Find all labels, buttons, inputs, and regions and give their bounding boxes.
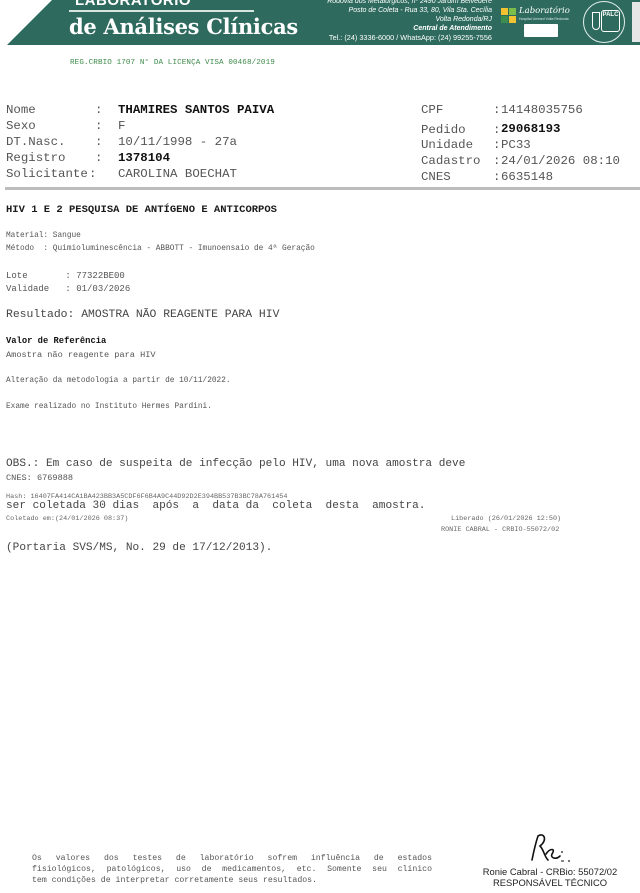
palc-seal-logo: PALC: [583, 1, 625, 43]
exam-material: Material: Sangue: [6, 232, 81, 240]
partner-logo-text: Laboratório: [519, 6, 570, 16]
section-divider: [5, 187, 640, 190]
registration-license: REG.CRBIO 1707 N° DA LICENÇA VISA 00468/…: [70, 59, 275, 67]
field-separator: :: [493, 169, 500, 185]
patient-birthdate: 10/11/1998 - 27a: [118, 134, 237, 150]
lab-disclaimer: Os valores dos testes de laboratório sof…: [32, 853, 432, 886]
field-separator: :: [95, 102, 102, 118]
patient-name: THAMIRES SANTOS PAIVA: [118, 102, 274, 118]
reference-value: Amostra não reagente para HIV: [6, 350, 156, 360]
patient-field-label: Nome: [6, 102, 36, 118]
banner-diagonal-cut: [7, 0, 52, 45]
exam-result: Resultado: AMOSTRA NÃO REAGENTE PARA HIV: [6, 309, 279, 321]
reagent-lot: Lote : 77322BE00: [6, 271, 125, 281]
field-separator: :: [95, 150, 102, 166]
reagent-validity: Validade : 01/03/2026: [6, 284, 130, 294]
exam-method: Método : Quimioluminescência - ABBOTT - …: [6, 245, 315, 253]
disclaimer-line: fisiológicos, patológicos, uso de medica…: [32, 864, 432, 875]
field-separator: :: [493, 153, 500, 169]
flask-icon: [592, 12, 600, 30]
order-field-label: Cadastro: [421, 153, 481, 169]
method-change-note: Alteração da metodologia a partir de 10/…: [6, 377, 231, 385]
field-separator: :: [493, 102, 500, 118]
signature-role: RESPONSÁVEL TÉCNICO: [470, 877, 630, 888]
field-separator: :: [89, 166, 96, 182]
patient-field-label: DT.Nasc.: [6, 134, 66, 150]
signature-name: Ronie Cabral - CRBio: 55072/02: [470, 866, 630, 877]
observation-line: OBS.: Em caso de suspeita de infecção pe…: [6, 457, 465, 471]
patient-field-label: Sexo: [6, 118, 36, 134]
disclaimer-line: tem condições de interpretar corretament…: [32, 875, 432, 886]
partner-lab-logo: Laboratório Hospital Unimed Volta Redond…: [501, 4, 573, 38]
collected-datetime: Coletado em:(24/01/2026 08:37): [6, 515, 128, 523]
patient-cpf: 14148035756: [501, 102, 583, 118]
requesting-physician: CAROLINA BOECHAT: [118, 166, 237, 182]
report-hash: Hash: 16407FA414CA1BA423BB3A5CDF6F6B4A9C…: [6, 493, 287, 501]
performed-at-note: Exame realizado no Instituto Hermes Pard…: [6, 403, 212, 411]
order-field-label: Unidade: [421, 137, 473, 153]
patient-sex: F: [118, 118, 125, 134]
field-separator: :: [493, 137, 500, 153]
lab-name-top: LABORATÓRIO: [75, 0, 191, 9]
lab-cnes: CNES: 6769888: [6, 473, 73, 483]
order-number: 29068193: [501, 121, 561, 137]
palc-label: PALC: [601, 10, 620, 32]
exam-title: HIV 1 E 2 PESQUISA DE ANTÍGENO E ANTICOR…: [6, 204, 277, 216]
order-field-label: CPF: [421, 102, 443, 118]
accreditation-strip-icon: [632, 2, 640, 42]
patient-field-label: Registro: [6, 150, 66, 166]
contact-phone: Tel.: (24) 3336-6000 / WhatsApp: (24) 99…: [327, 33, 492, 42]
collection-unit: PC33: [501, 137, 531, 153]
partner-logo-icon: [501, 8, 516, 23]
order-field-label: CNES: [421, 169, 451, 185]
field-separator: :: [493, 122, 500, 138]
lab-name-divider: [69, 10, 254, 12]
certification-badge-icon: [524, 24, 558, 37]
lab-name-title: de Análises Clínicas: [69, 14, 298, 39]
partner-logo-subtitle: Hospital Unimed Volta Redonda: [519, 17, 569, 21]
address-line: Central de Atendimento: [327, 24, 492, 33]
released-by: RONIE CABRAL - CRBIO-55072/02: [441, 526, 559, 534]
observation-line: ser coletada 30 dias após a data da cole…: [6, 499, 465, 513]
reference-value-title: Valor de Referência: [6, 336, 106, 346]
unit-cnes: 6635148: [501, 169, 553, 185]
address-line: Posto de Coleta - Rua 33, 80, Vila Sta. …: [327, 6, 492, 15]
patient-field-label: Solicitante: [6, 166, 88, 182]
disclaimer-line: Os valores dos testes de laboratório sof…: [32, 853, 432, 864]
lab-header-banner: LABORATÓRIO de Análises Clínicas Rodovia…: [7, 0, 640, 45]
order-field-label: Pedido: [421, 122, 466, 138]
address-line: Volta Redonda/RJ: [327, 15, 492, 24]
observation-line: (Portaria SVS/MS, No. 29 de 17/12/2013).: [6, 541, 465, 555]
field-separator: :: [95, 134, 102, 150]
lab-address: Rodovia dos Metalúrgicos, nº 2490 Jardim…: [327, 0, 492, 42]
field-separator: :: [95, 118, 102, 134]
registration-datetime: 24/01/2026 08:10: [501, 153, 620, 169]
patient-registration: 1378104: [118, 150, 170, 166]
released-datetime: Liberado (26/01/2026 12:50): [451, 515, 561, 523]
signature-scribble-icon: [522, 830, 582, 866]
